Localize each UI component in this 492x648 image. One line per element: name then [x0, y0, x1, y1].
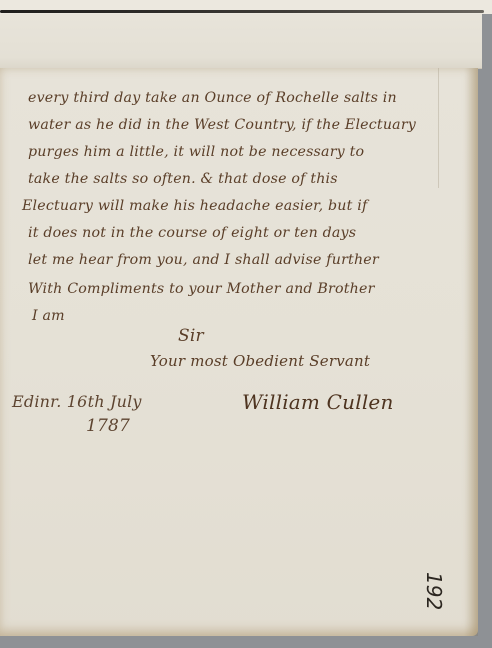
- margin-rule: [438, 68, 439, 188]
- letter-line: let me hear from you, and I shall advise…: [28, 252, 379, 268]
- year: 1787: [86, 416, 130, 436]
- edge-stain: [464, 68, 478, 636]
- letter-line: take the salts so often. & that dose of …: [28, 171, 338, 187]
- letter-line: With Compliments to your Mother and Brot…: [28, 281, 375, 297]
- letter-line: it does not in the course of eight or te…: [28, 225, 356, 241]
- salutation-sir: Sir: [178, 326, 204, 346]
- letter-line: every third day take an Ounce of Rochell…: [28, 90, 397, 106]
- folded-flap: [0, 14, 482, 69]
- torn-edge: [0, 10, 484, 13]
- letter-line: I am: [32, 308, 65, 324]
- place-date: Edinr. 16th July: [12, 392, 142, 411]
- letter-line: water as he did in the West Country, if …: [28, 117, 416, 133]
- folio-number: 192: [422, 572, 446, 610]
- letter-line: purges him a little, it will not be nece…: [28, 144, 364, 160]
- top-paper-strip: [0, 0, 492, 14]
- signature: William Cullen: [242, 390, 394, 414]
- closing-phrase: Your most Obedient Servant: [150, 352, 370, 370]
- letter-line: Electuary will make his headache easier,…: [22, 198, 367, 214]
